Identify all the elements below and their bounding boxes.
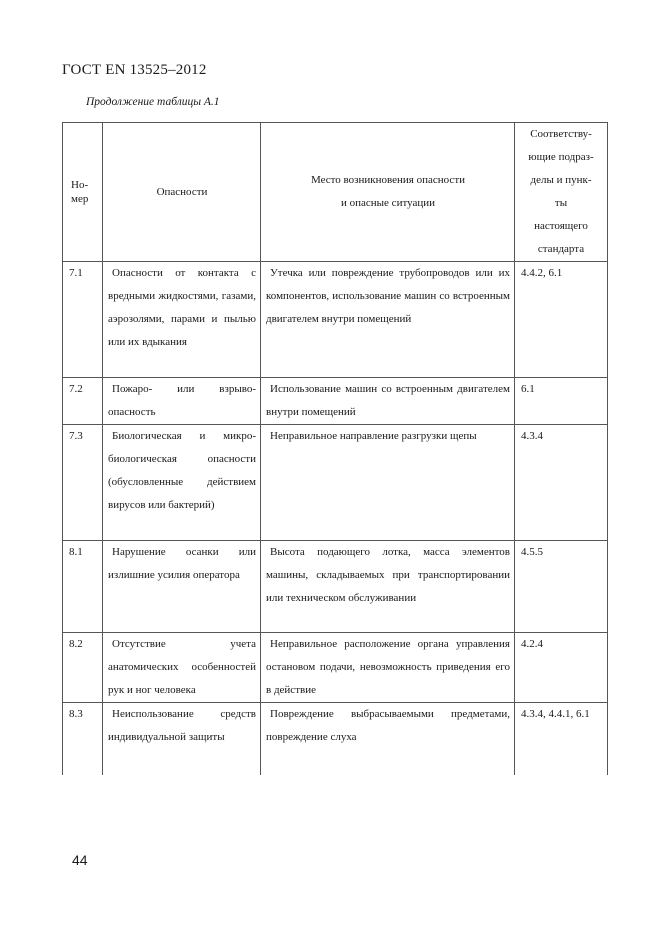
column-header-number-line: мер xyxy=(71,193,88,205)
column-header-hazards: Опасности xyxy=(103,123,261,262)
row-location: Утечка или повреждение трубопроводов или… xyxy=(261,262,515,378)
column-header-reference-line: стандарта xyxy=(538,243,584,255)
column-header-reference-line: ты xyxy=(555,197,567,209)
row-hazard: Пожаро- или взрыво-опасность xyxy=(103,378,261,425)
column-header-number: Но- мер xyxy=(63,123,103,262)
row-location-text: Повреждение выбрасываемыми предметами, п… xyxy=(266,708,510,743)
row-number: 7.1 xyxy=(63,262,103,378)
row-reference: 4.2.4 xyxy=(515,633,608,703)
column-header-location-line: Место возникновения опасности xyxy=(311,174,465,186)
row-location: Высота подающего лотка, масса элементов … xyxy=(261,541,515,633)
row-number: 7.3 xyxy=(63,425,103,541)
table-row: 8.3 Неиспользование средств индивидуальн… xyxy=(63,703,608,776)
row-location-text: Высота подающего лотка, масса элементов … xyxy=(266,546,510,604)
column-header-location: Место возникновения опасности и опасные … xyxy=(261,123,515,262)
table-caption: Продолжение таблицы А.1 xyxy=(86,96,220,108)
column-header-reference-line: делы и пунк- xyxy=(530,174,591,186)
column-header-location-line: и опасные ситуации xyxy=(341,197,435,209)
column-header-reference-line: настоящего xyxy=(534,220,588,232)
row-location: Использование машин со встроенным двигат… xyxy=(261,378,515,425)
row-number: 8.3 xyxy=(63,703,103,776)
row-reference: 4.3.4 xyxy=(515,425,608,541)
table-header-row: Но- мер Опасности Место возникновения оп… xyxy=(63,123,608,262)
row-location-text: Неправильное направление разгрузки щепы xyxy=(266,430,477,442)
row-hazard-text: Отсутствие учета анатомических особеннос… xyxy=(108,638,256,696)
row-number: 8.1 xyxy=(63,541,103,633)
table-row: 8.2 Отсутствие учета анатомических особе… xyxy=(63,633,608,703)
hazards-table: Но- мер Опасности Место возникновения оп… xyxy=(62,122,608,775)
column-header-reference-line: Соответству- xyxy=(530,128,592,140)
table-row: 7.3 Биологическая и микро-биологическая … xyxy=(63,425,608,541)
row-reference: 4.3.4, 4.4.1, 6.1 xyxy=(515,703,608,776)
row-hazard-text: Неиспользование средств индивидуальной з… xyxy=(108,708,256,743)
column-header-reference: Соответству- ющие подраз- делы и пунк- т… xyxy=(515,123,608,262)
row-hazard: Биологическая и микро-биологическая опас… xyxy=(103,425,261,541)
row-hazard-text: Биологическая и микро-биологическая опас… xyxy=(108,430,256,511)
row-hazard-text: Нарушение осанки или излишние усилия опе… xyxy=(108,546,256,581)
document-code: ГОСТ EN 13525–2012 xyxy=(62,62,207,79)
row-location: Неправильное расположение органа управле… xyxy=(261,633,515,703)
row-reference: 4.5.5 xyxy=(515,541,608,633)
row-location-text: Утечка или повреждение трубопроводов или… xyxy=(266,267,510,325)
row-hazard-text: Пожаро- или взрыво-опасность xyxy=(108,383,256,418)
row-location-text: Использование машин со встроенным двигат… xyxy=(266,383,510,418)
row-number: 8.2 xyxy=(63,633,103,703)
column-header-reference-line: ющие подраз- xyxy=(528,151,593,163)
table-row: 7.2 Пожаро- или взрыво-опасность Использ… xyxy=(63,378,608,425)
column-header-number-line: Но- xyxy=(71,179,88,191)
row-number: 7.2 xyxy=(63,378,103,425)
table-row: 8.1 Нарушение осанки или излишние усилия… xyxy=(63,541,608,633)
row-location: Повреждение выбрасываемыми предметами, п… xyxy=(261,703,515,776)
page-number: 44 xyxy=(72,852,88,868)
row-hazard: Нарушение осанки или излишние усилия опе… xyxy=(103,541,261,633)
row-location-text: Неправильное расположение органа управле… xyxy=(266,638,510,696)
row-hazard: Опасности от контакта с вредными жидкост… xyxy=(103,262,261,378)
row-hazard: Неиспользование средств индивидуальной з… xyxy=(103,703,261,776)
row-location: Неправильное направление разгрузки щепы xyxy=(261,425,515,541)
row-hazard: Отсутствие учета анатомических особеннос… xyxy=(103,633,261,703)
row-reference: 6.1 xyxy=(515,378,608,425)
row-reference: 4.4.2, 6.1 xyxy=(515,262,608,378)
table-row: 7.1 Опасности от контакта с вредными жид… xyxy=(63,262,608,378)
row-hazard-text: Опасности от контакта с вредными жидкост… xyxy=(108,267,256,348)
